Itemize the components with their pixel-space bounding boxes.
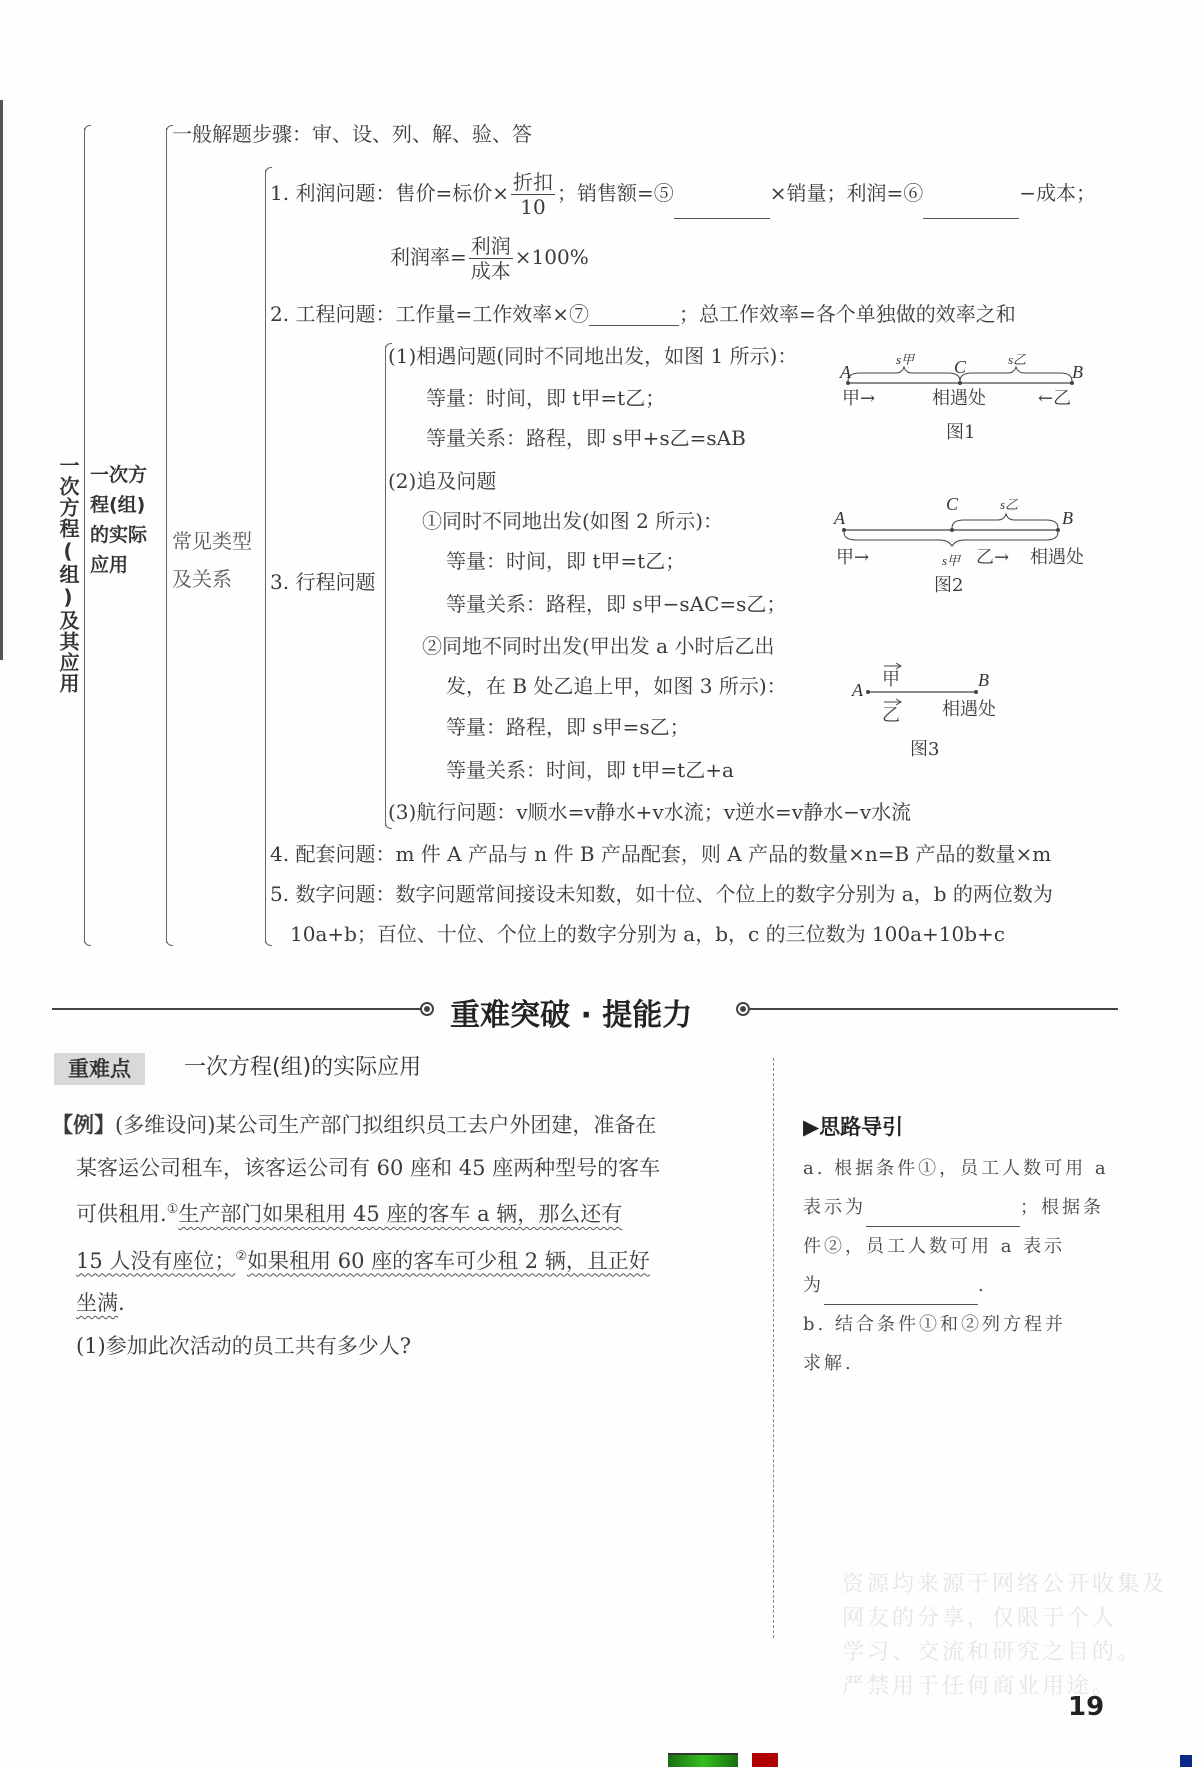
condition-mark-1: ① bbox=[167, 1202, 179, 1217]
branch-label-line: 一次方 bbox=[90, 460, 147, 490]
fig2-yi-arrow: 乙→ bbox=[976, 546, 1009, 570]
watermark-line: 资源均来源于网络公开收集及 bbox=[842, 1568, 1167, 1602]
condition-mark-2: ② bbox=[235, 1249, 247, 1264]
guide-a4: 为. bbox=[803, 1266, 1109, 1305]
rate-fraction: 利润成本 bbox=[469, 234, 513, 283]
fig1-point-b: B bbox=[1072, 362, 1083, 383]
fig3-meet: 相遇处 bbox=[942, 698, 996, 722]
guide-b1: b. 结合条件①和②列方程并 bbox=[803, 1305, 1109, 1344]
fig3-caption: 图3 bbox=[910, 738, 939, 762]
example-line-5: 坐满. bbox=[52, 1282, 660, 1325]
condition-2-text-cont: 坐满 bbox=[76, 1291, 118, 1315]
fig2-meet: 相遇处 bbox=[1030, 546, 1084, 570]
chase1-eq2: 等量关系：路程，即 s甲−sAC=s乙； bbox=[446, 592, 786, 616]
fig2-point-c: C bbox=[946, 494, 958, 515]
chase2-title-1: ②同地不同时出发(甲出发 a 小时后乙出 bbox=[422, 634, 774, 658]
guide-a2-pre: 表示为 bbox=[803, 1197, 866, 1218]
digit-problem-2: 10a+b；百位、十位、个位上的数字分别为 a，b，c 的三位数为 100a+1… bbox=[290, 922, 1005, 946]
condition-2-text: 如果租用 60 座的客车可少租 2 辆，且正好 bbox=[247, 1249, 650, 1273]
fig2-s-jia: s甲 bbox=[942, 550, 960, 569]
fig3-point-a: A bbox=[852, 680, 863, 701]
types-label: 常见类型 及关系 bbox=[172, 522, 252, 598]
section-divider-right bbox=[750, 1008, 1118, 1010]
example-line3-plain: 可供租用. bbox=[76, 1202, 167, 1226]
example-line1-text: (多维设问)某公司生产部门拟组织员工去户外团建，准备在 bbox=[115, 1113, 656, 1137]
example-line-1: 【例】(多维设问)某公司生产部门拟组织员工去户外团建，准备在 bbox=[52, 1104, 660, 1147]
discount-fraction: 折扣10 bbox=[511, 170, 555, 219]
engineering-line: 2. 工程问题：工作量=工作效率×⑦；总工作效率=各个单独做的效率之和 bbox=[270, 302, 1016, 326]
figure-3: A 甲 乙 B 相遇处 图3 bbox=[850, 660, 1050, 770]
condition-1-text-cont: 15 人没有座位； bbox=[76, 1249, 235, 1273]
engineering-tail: ；总工作效率=各个单独做的效率之和 bbox=[679, 302, 1016, 326]
fig2-point-b: B bbox=[1062, 508, 1073, 529]
fig1-meet: 相遇处 bbox=[932, 387, 986, 411]
meet-eq2: 等量关系：路程，即 s甲+s乙=sAB bbox=[426, 426, 746, 450]
travel-bracket bbox=[385, 346, 386, 826]
fig1-caption: 图1 bbox=[946, 421, 975, 445]
types-label-line: 常见类型 bbox=[172, 522, 252, 560]
watermark: 资源均来源于网络公开收集及 网友的分享，仅限于个人 学习、交流和研究之目的。 严… bbox=[842, 1568, 1167, 1704]
fig3-point-b: B bbox=[978, 670, 989, 691]
boat-problem: (3)航行问题：v顺水=v静水+v水流；v逆水=v静水−v水流 bbox=[388, 800, 911, 824]
guide-a2-post: ；根据条 bbox=[1020, 1197, 1104, 1218]
fig2-point-a: A bbox=[834, 508, 845, 529]
guide-a4-pre: 为 bbox=[803, 1275, 824, 1296]
question-1: (1)参加此次活动的员工共有多少人? bbox=[52, 1325, 660, 1368]
fig3-jia: 甲 bbox=[882, 668, 900, 692]
section-title: 重难突破 · 提能力 bbox=[450, 990, 692, 1034]
digit-problem-1: 5. 数字问题：数字问题常间接设未知数，如十位、个位上的数字分别为 a，b 的两… bbox=[270, 882, 1053, 906]
period: . bbox=[118, 1291, 125, 1315]
chase2-eq2: 等量关系：时间，即 t甲=t乙+a bbox=[446, 758, 734, 782]
types-bracket bbox=[265, 170, 266, 943]
frac-den: 10 bbox=[518, 195, 547, 219]
profit-rate-line: 利润率=利润成本×100% bbox=[390, 234, 589, 283]
ring-icon bbox=[420, 1002, 434, 1016]
blank-5[interactable] bbox=[674, 200, 770, 219]
fig1-point-c: C bbox=[954, 357, 966, 378]
key-point-title: 一次方程(组)的实际应用 bbox=[184, 1054, 421, 1082]
fig3-yi: 乙 bbox=[882, 704, 900, 728]
guide-a2: 表示为；根据条 bbox=[803, 1188, 1109, 1227]
meet-eq1: 等量：时间，即 t甲=t乙； bbox=[426, 386, 665, 410]
profit-mid1: ；销售额=⑤ bbox=[557, 181, 674, 205]
watermark-line: 学习、交流和研究之目的。 bbox=[842, 1636, 1167, 1670]
example-line-4: 15 人没有座位；②如果租用 60 座的客车可少租 2 辆，且正好 bbox=[52, 1236, 660, 1283]
profit-mid2: ×销量；利润=⑥ bbox=[770, 181, 924, 205]
fig1-s-yi: s乙 bbox=[1008, 349, 1026, 368]
guide-a1: a. 根据条件①，员工人数可用 a bbox=[803, 1149, 1109, 1188]
guide-a3: 件②，员工人数可用 a 表示 bbox=[803, 1227, 1109, 1266]
example-label: 【例】 bbox=[52, 1113, 115, 1137]
example-text: 【例】(多维设问)某公司生产部门拟组织员工去户外团建，准备在 某客运公司租车，该… bbox=[52, 1104, 660, 1367]
profit-tail: −成本； bbox=[1019, 181, 1096, 205]
fig1-jia-arrow: 甲→ bbox=[842, 387, 875, 411]
branch-label: 一次方 程(组) 的实际 应用 bbox=[90, 460, 147, 580]
root-bracket bbox=[84, 128, 85, 943]
frac-num: 折扣 bbox=[511, 170, 555, 195]
matching-problem: 4. 配套问题：m 件 A 产品与 n 件 B 产品配套，则 A 产品的数量×n… bbox=[270, 842, 1051, 866]
edge-tab-green bbox=[668, 1753, 738, 1767]
ring-icon bbox=[736, 1002, 750, 1016]
example-line-2: 某客运公司租车，该客运公司有 60 座和 45 座两种型号的客车 bbox=[52, 1147, 660, 1190]
fig1-point-a: A bbox=[840, 362, 851, 383]
guide-blank-2[interactable] bbox=[824, 1286, 978, 1305]
edge-tab-blue bbox=[1180, 1755, 1192, 1767]
watermark-line: 网友的分享，仅限于个人 bbox=[842, 1602, 1167, 1636]
frac-den: 成本 bbox=[469, 259, 513, 283]
rate-prefix: 利润率= bbox=[390, 245, 467, 269]
figure-2: A C s乙 B 甲→ s甲 乙→ 相遇处 图2 bbox=[830, 490, 1110, 600]
engineering-prefix: 2. 工程问题：工作量=工作效率×⑦ bbox=[270, 302, 589, 326]
profit-line: 1. 利润问题：售价=标价×折扣10；销售额=⑤×销量；利润=⑥−成本； bbox=[270, 170, 1096, 219]
types-label-line: 及关系 bbox=[172, 560, 252, 598]
chase1-eq1: 等量：时间，即 t甲=t乙； bbox=[446, 549, 685, 573]
chase-title: (2)追及问题 bbox=[388, 469, 496, 493]
guide-panel: ▶思路导引 a. 根据条件①，员工人数可用 a 表示为；根据条 件②，员工人数可… bbox=[803, 1108, 1109, 1383]
fig2-s-yi: s乙 bbox=[1000, 494, 1018, 513]
guide-b2: 求解. bbox=[803, 1344, 1109, 1383]
travel-label: 3. 行程问题 bbox=[270, 570, 375, 594]
fig2-jia-arrow: 甲→ bbox=[836, 546, 869, 570]
column-divider bbox=[773, 1058, 774, 1638]
branch-label-line: 应用 bbox=[90, 550, 147, 580]
fig1-s-jia: s甲 bbox=[896, 349, 914, 368]
chase2-title-2: 发，在 B 处乙追上甲，如图 3 所示)： bbox=[446, 674, 787, 698]
condition-1-text: 生产部门如果租用 45 座的客车 a 辆，那么还有 bbox=[178, 1202, 622, 1226]
guide-blank-1[interactable] bbox=[866, 1208, 1020, 1227]
figure-1: A s甲 C s乙 B 甲→ 相遇处 ←乙 图1 bbox=[840, 345, 1100, 445]
guide-a4-post: . bbox=[978, 1275, 987, 1296]
chase1-title: ①同时不同地出发(如图 2 所示)： bbox=[422, 509, 723, 533]
frac-num: 利润 bbox=[469, 234, 513, 259]
example-line-3: 可供租用.①生产部门如果租用 45 座的客车 a 辆，那么还有 bbox=[52, 1189, 660, 1236]
profit-prefix: 1. 利润问题：售价=标价× bbox=[270, 181, 509, 205]
fig2-caption: 图2 bbox=[934, 574, 963, 598]
section-divider-left bbox=[52, 1008, 422, 1010]
blank-6[interactable] bbox=[923, 200, 1019, 219]
page-number: 19 bbox=[1068, 1692, 1104, 1722]
branch-label-line: 程(组) bbox=[90, 490, 147, 520]
edge-tab-red bbox=[752, 1753, 778, 1767]
solving-steps: 一般解题步骤：审、设、列、解、验、答 bbox=[172, 122, 532, 146]
branch-bracket bbox=[166, 128, 167, 943]
fig1-yi-arrow: ←乙 bbox=[1038, 387, 1071, 411]
blank-7[interactable] bbox=[589, 307, 679, 326]
chase2-eq1: 等量：路程，即 s甲=s乙； bbox=[446, 715, 690, 739]
key-point-tag: 重难点 bbox=[54, 1053, 145, 1085]
guide-title: ▶思路导引 bbox=[803, 1108, 1109, 1147]
rate-tail: ×100% bbox=[515, 245, 589, 269]
page-edge bbox=[0, 100, 3, 660]
meet-title: (1)相遇问题(同时不同地出发，如图 1 所示)： bbox=[388, 344, 797, 368]
branch-label-line: 的实际 bbox=[90, 520, 147, 550]
root-label: 一次方程(组)及其应用 bbox=[54, 455, 83, 694]
watermark-line: 严禁用于任何商业用途。 bbox=[842, 1670, 1167, 1704]
